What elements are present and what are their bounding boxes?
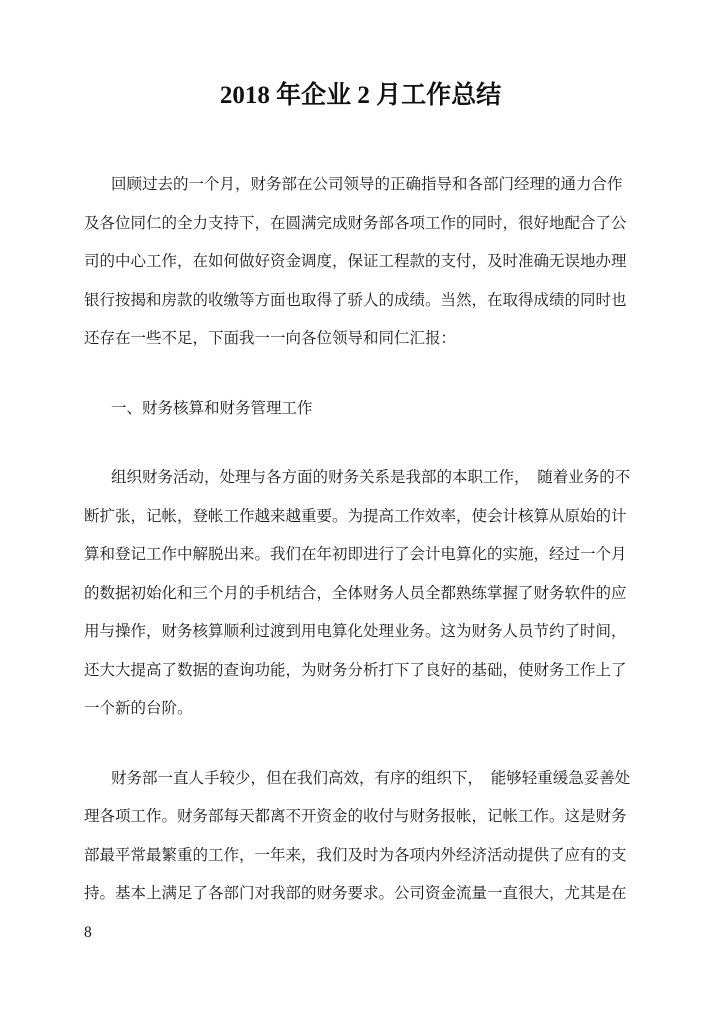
document-title: 2018 年企业 2 月工作总结 [84,76,637,116]
paragraph-accounting-computerization: 组织财务活动，处理与各方面的财务关系是我部的本职工作， 随着业务的不断扩张，记帐… [84,459,637,729]
document-page: 2018 年企业 2 月工作总结 回顾过去的一个月，财务部在公司领导的正确指导和… [0,0,721,1020]
section-heading-finance-accounting: 一、财务核算和财务管理工作 [84,390,637,429]
paragraph-staffing-daily-work: 财务部一直人手较少，但在我们高效，有序的组织下， 能够轻重缓急妥善处理各项工作。… [84,760,637,953]
paragraph-intro: 回顾过去的一个月，财务部在公司领导的正确指导和各部门经理的通力合作及各位同仁的全… [84,166,637,359]
